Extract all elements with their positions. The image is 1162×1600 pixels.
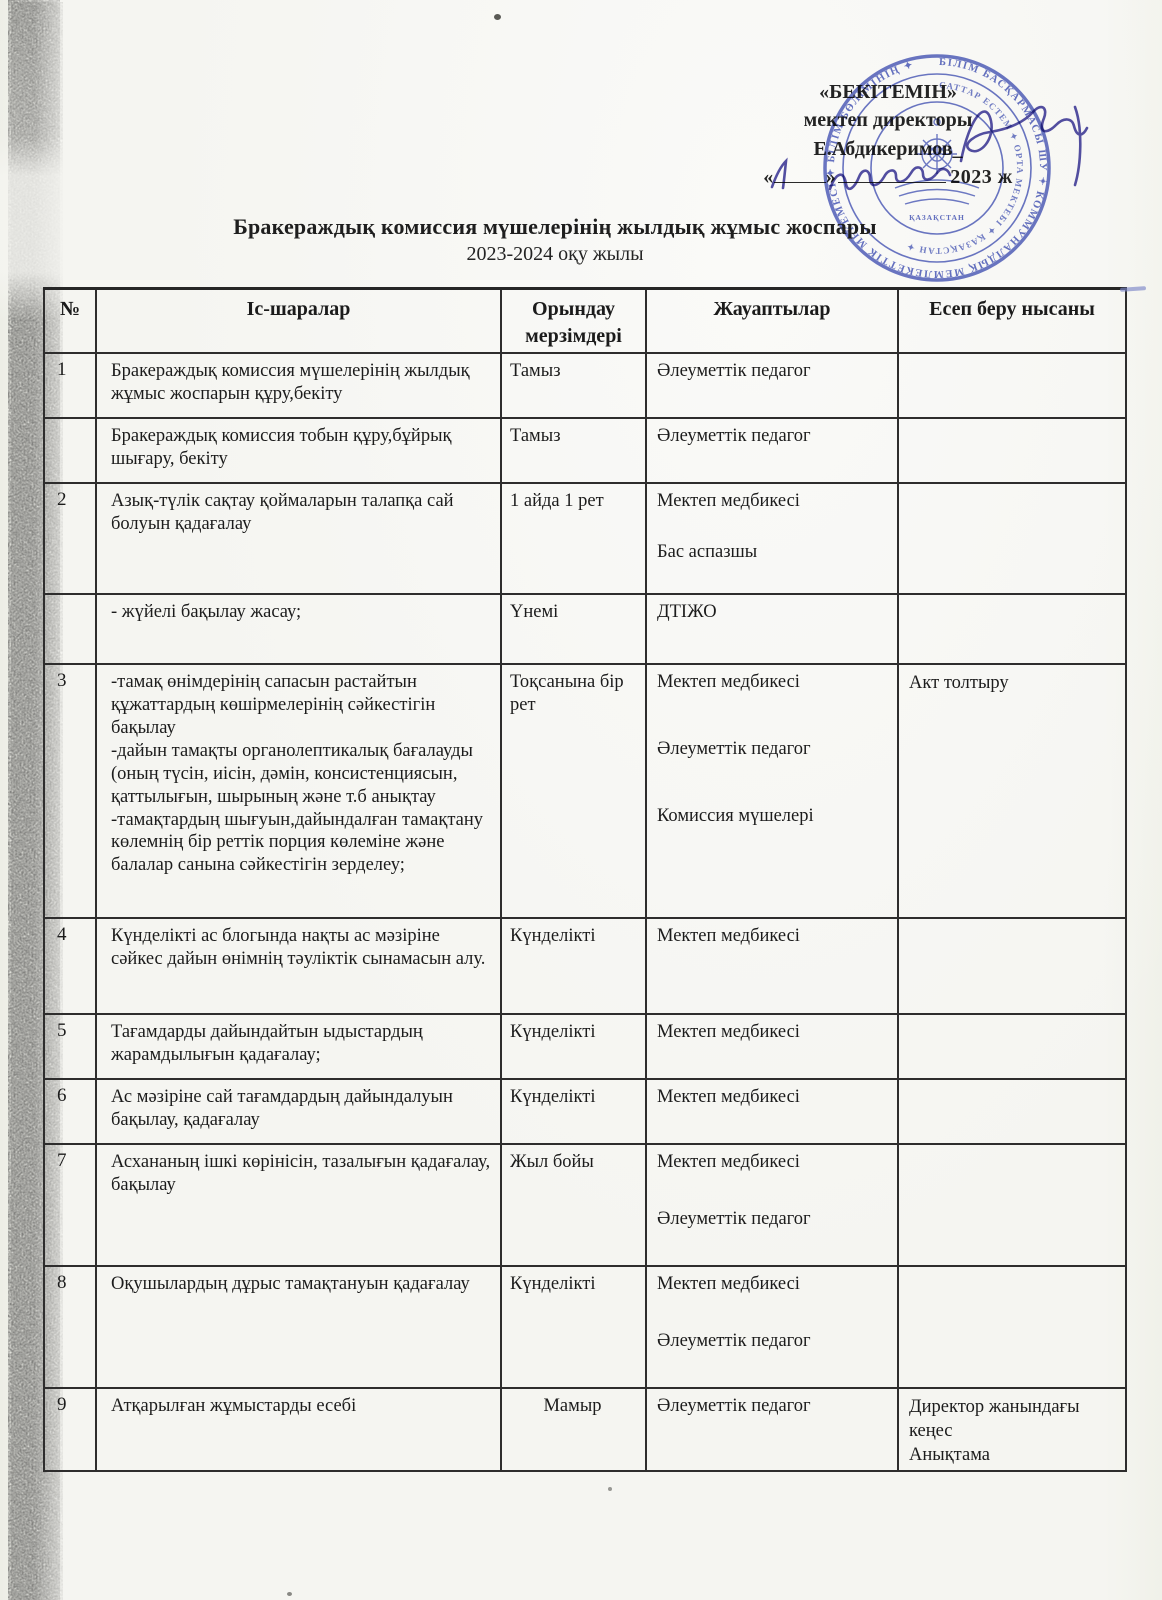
cell-report: Акт толтыру — [898, 664, 1126, 918]
scan-speck — [608, 1487, 612, 1491]
responsible-entry: Әлеуметтік педагог — [657, 1208, 891, 1231]
col-header-report: Есеп беру нысаны — [898, 289, 1126, 354]
document-title: Бракераждық комиссия мүшелерінің жылдық … — [60, 214, 1050, 240]
cell-responsible: Әлеуметтік педагог — [646, 418, 898, 483]
table-row: 3 -тамақ өнімдерінің сапасын растайтын қ… — [44, 664, 1126, 918]
cell-report: Директор жанындағы кеңес Анықтама — [898, 1388, 1126, 1471]
cell-report — [898, 1079, 1126, 1144]
cell-responsible: Мектеп медбикесіӘлеуметтік педагог — [646, 1144, 898, 1266]
cell-num: 2 — [44, 483, 96, 594]
responsible-entry: Мектеп медбикесі — [657, 1086, 891, 1109]
col-header-num: № — [44, 289, 96, 354]
table-row: 7 Асхананың ішкі көрінісін, тазалығын қа… — [44, 1144, 1126, 1266]
table-row: 2 Азық-түлік сақтау қоймаларын талапқа с… — [44, 483, 1126, 594]
cell-period: Тамыз — [501, 418, 646, 483]
cell-responsible: Мектеп медбикесіӘлеуметтік педагогКомисс… — [646, 664, 898, 918]
responsible-entry: Әлеуметтік педагог — [657, 360, 891, 383]
cell-report — [898, 1144, 1126, 1266]
table-row: 8 Оқушылардың дұрыс тамақтануын қадағала… — [44, 1266, 1126, 1388]
cell-report — [898, 918, 1126, 1014]
cell-responsible: ДТІЖО — [646, 594, 898, 664]
table-row: - жүйелі бақылау жасау; Үнемі ДТІЖО — [44, 594, 1126, 664]
table-row: 9 Атқарылған жұмыстарды есебі Мамыр Әлеу… — [44, 1388, 1126, 1471]
cell-responsible: Мектеп медбикесі — [646, 918, 898, 1014]
col-header-activity: Іс-шаралар — [96, 289, 501, 354]
cell-num — [44, 418, 96, 483]
cell-report — [898, 594, 1126, 664]
responsible-entry: ДТІЖО — [657, 601, 891, 624]
cell-num: 3 — [44, 664, 96, 918]
cell-responsible: Мектеп медбикесіБас аспазшы — [646, 483, 898, 594]
table-header-row: № Іс-шаралар Орындау мерзімдері Жауаптыл… — [44, 289, 1126, 354]
responsible-entry: Әлеуметтік педагог — [657, 1330, 891, 1353]
responsible-entry: Мектеп медбикесі — [657, 490, 891, 513]
cell-report — [898, 1266, 1126, 1388]
cell-num: 4 — [44, 918, 96, 1014]
responsible-entry: Бас аспазшы — [657, 541, 891, 564]
cell-period: Тамыз — [501, 353, 646, 418]
handwriting-overlay — [730, 65, 1162, 225]
cell-responsible: Әлеуметтік педагог — [646, 1388, 898, 1471]
responsible-entry: Мектеп медбикесі — [657, 1021, 891, 1044]
cell-activity: Асхананың ішкі көрінісін, тазалығын қада… — [96, 1144, 501, 1266]
responsible-entry: Әлеуметтік педагог — [657, 425, 891, 448]
responsible-entry: Мектеп медбикесі — [657, 1273, 891, 1296]
cell-num: 7 — [44, 1144, 96, 1266]
scan-speck — [287, 1592, 292, 1596]
cell-activity: Тағамдарды дайындайтын ыдыстардың жарамд… — [96, 1014, 501, 1079]
director-signature-tail — [1075, 107, 1080, 185]
cell-num: 6 — [44, 1079, 96, 1144]
cell-period: Күнделікті — [501, 1014, 646, 1079]
table-row: 1 Бракераждық комиссия мүшелерінің жылды… — [44, 353, 1126, 418]
cell-report — [898, 353, 1126, 418]
cell-period: 1 айда 1 рет — [501, 483, 646, 594]
cell-activity: Азық-түлік сақтау қоймаларын талапқа сай… — [96, 483, 501, 594]
cell-period: Күнделікті — [501, 1079, 646, 1144]
cell-period: Күнделікті — [501, 918, 646, 1014]
plan-table: № Іс-шаралар Орындау мерзімдері Жауаптыл… — [43, 287, 1127, 1472]
cell-period: Үнемі — [501, 594, 646, 664]
handwritten-day — [772, 161, 786, 188]
scanned-page: «БЕКІТЕМІН» мектеп директоры Е.Абдикерим… — [0, 0, 1162, 1600]
cell-activity: Оқушылардың дұрыс тамақтануын қадағалау — [96, 1266, 501, 1388]
responsible-entry: Әлеуметтік педагог — [657, 1395, 891, 1418]
cell-responsible: Мектеп медбикесіӘлеуметтік педагог — [646, 1266, 898, 1388]
scan-speck — [494, 14, 501, 20]
cell-responsible: Әлеуметтік педагог — [646, 353, 898, 418]
responsible-entry: Комиссия мүшелері — [657, 805, 891, 828]
cell-num: 5 — [44, 1014, 96, 1079]
cell-period: Мамыр — [501, 1388, 646, 1471]
responsible-entry: Әлеуметтік педагог — [657, 738, 891, 761]
responsible-entry: Мектеп медбикесі — [657, 925, 891, 948]
document-subtitle: 2023-2024 оқу жылы — [60, 243, 1050, 266]
table-row: 5 Тағамдарды дайындайтын ыдыстардың жара… — [44, 1014, 1126, 1079]
cell-activity: Атқарылған жұмыстарды есебі — [96, 1388, 501, 1471]
director-signature — [961, 107, 1087, 161]
col-header-responsible: Жауаптылар — [646, 289, 898, 354]
cell-activity: Бракераждық комиссия тобын құру,бұйрық ш… — [96, 418, 501, 483]
cell-activity: -тамақ өнімдерінің сапасын растайтын құж… — [96, 664, 501, 918]
cell-activity: Ас мәзіріне сай тағамдардың дайындалуын … — [96, 1079, 501, 1144]
col-header-period: Орындау мерзімдері — [501, 289, 646, 354]
table-row: Бракераждық комиссия тобын құру,бұйрық ш… — [44, 418, 1126, 483]
cell-report — [898, 483, 1126, 594]
cell-activity: - жүйелі бақылау жасау; — [96, 594, 501, 664]
responsible-entry: Мектеп медбикесі — [657, 1151, 891, 1174]
cell-num: 1 — [44, 353, 96, 418]
cell-responsible: Мектеп медбикесі — [646, 1014, 898, 1079]
cell-responsible: Мектеп медбикесі — [646, 1079, 898, 1144]
cell-report — [898, 1014, 1126, 1079]
blue-pen-mark — [1120, 286, 1146, 292]
table-row: 4 Күнделікті ас блогында нақты ас мәзірі… — [44, 918, 1126, 1014]
cell-period: Жыл бойы — [501, 1144, 646, 1266]
cell-activity: Күнделікті ас блогында нақты ас мәзіріне… — [96, 918, 501, 1014]
responsible-entry: Мектеп медбикесі — [657, 671, 891, 694]
cell-report — [898, 418, 1126, 483]
cell-period: Тоқсанына бір рет — [501, 664, 646, 918]
cell-num: 9 — [44, 1388, 96, 1471]
cell-activity: Бракераждық комиссия мүшелерінің жылдық … — [96, 353, 501, 418]
cell-num — [44, 594, 96, 664]
cell-num: 8 — [44, 1266, 96, 1388]
handwritten-month — [830, 167, 950, 189]
table-row: 6 Ас мәзіріне сай тағамдардың дайындалуы… — [44, 1079, 1126, 1144]
cell-period: Күнделікті — [501, 1266, 646, 1388]
